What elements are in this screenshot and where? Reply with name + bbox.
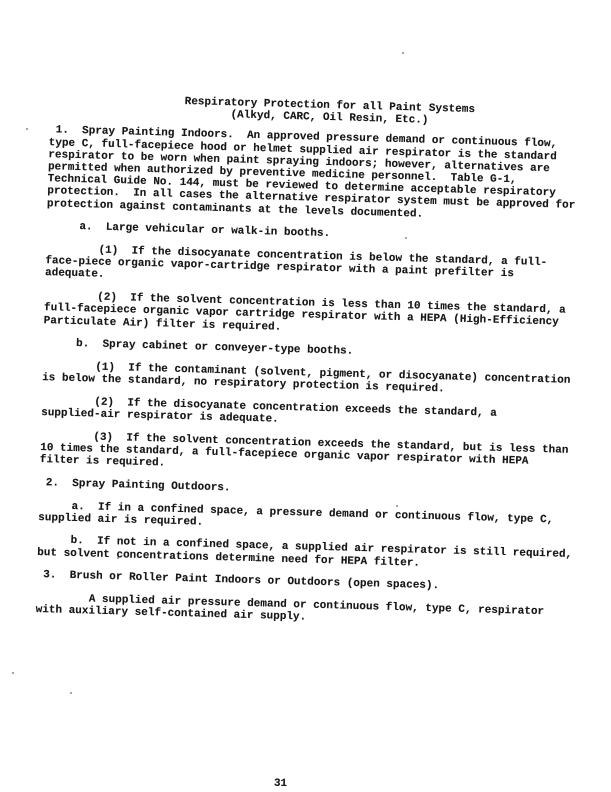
paragraph-1b-spray-cabinet-booths: b. Spray cabinet or conveyer-type booths… <box>43 337 603 365</box>
scan-speck <box>405 237 407 239</box>
paragraph-1b2-disocyanate-exceeds-standard: (2) If the disocyanate concentration exc… <box>41 395 601 435</box>
paragraph-1a-large-vehicular-booths: a. Large vehicular or walk-in booths. <box>46 220 606 248</box>
scan-speck <box>402 52 404 54</box>
scanned-document-page: Respiratory Protection for all Paint Sys… <box>0 0 611 792</box>
scan-speck <box>396 505 398 507</box>
page-number: 31 <box>274 778 288 791</box>
paragraph-2b-not-confined-space: b. If not in a confined space, a supplie… <box>37 534 597 574</box>
paragraph-1b3-solvent-exceeds-standard: (3) If the solvent concentration exceeds… <box>40 430 601 482</box>
paragraph-1a2-solvent-less-than-10x: (2) If the solvent concentration is less… <box>44 290 605 342</box>
paragraph-1b1-contaminant-below-standard: (1) If the contaminant (solvent, pigment… <box>42 360 602 400</box>
scan-speck <box>70 692 72 694</box>
paragraph-3-supplied-air-respirator: A supplied air pressure demand or contin… <box>35 592 595 632</box>
scan-speck <box>26 128 28 130</box>
scan-speck <box>12 672 14 674</box>
scan-speck <box>117 557 119 559</box>
paragraph-2a-confined-space: a. If in a confined space, a pressure de… <box>38 500 598 540</box>
page-content: Respiratory Protection for all Paint Sys… <box>35 92 610 642</box>
paragraph-2-spray-painting-outdoors: 2. Spray Painting Outdoors. <box>39 477 599 505</box>
paragraph-1a1-disocyanate-below-standard: (1) If the disocyanate concentration is … <box>45 243 606 295</box>
paragraph-3-brush-or-roller-paint: 3. Brush or Roller Paint Indoors or Outd… <box>36 569 596 597</box>
paragraph-1-spray-painting-indoors: 1. Spray Painting Indoors. An approved p… <box>47 125 609 226</box>
